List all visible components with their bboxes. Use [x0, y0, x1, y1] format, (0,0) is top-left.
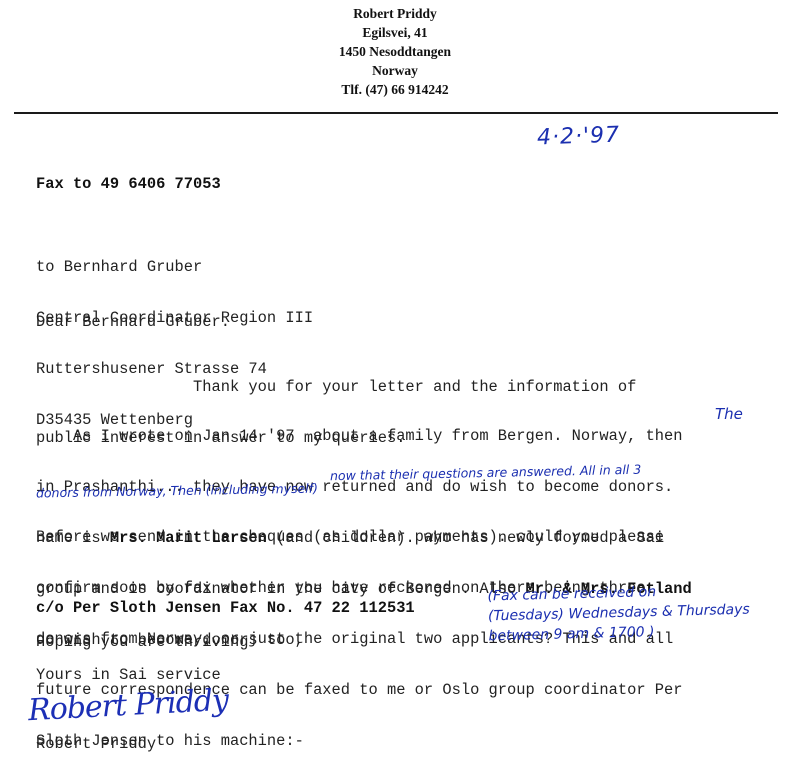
paragraph-line: Before we send in the cheques (as dollar…: [36, 529, 683, 546]
sender-city: 1450 Nesoddtangen: [0, 42, 790, 61]
closing-salutation: Yours in Sai service: [36, 667, 221, 684]
letterhead-divider: [14, 112, 778, 114]
sender-street: Egilsvei, 41: [0, 23, 790, 42]
letterhead: Robert Priddy Egilsvei, 41 1450 Nesoddta…: [0, 4, 790, 99]
handwritten-correction: The: [715, 405, 743, 423]
sender-name: Robert Priddy: [0, 4, 790, 23]
handwritten-fax-note: (Fax can be received on (Tuesdays) Wedne…: [487, 580, 750, 647]
sender-phone: Tlf. (47) 66 914242: [0, 80, 790, 99]
care-of-fax-line: c/o Per Sloth Jensen Fax No. 47 22 11253…: [36, 600, 415, 617]
handwritten-date: 4·2·'97: [537, 123, 621, 151]
recipient-line: to Bernhard Gruber: [36, 259, 313, 276]
closing-wish: Hoping you are thriving: [36, 634, 248, 651]
greeting: Dear Bernhard Gruber.: [36, 314, 230, 331]
paragraph-line: As I wrote on Jan 14 '97 about a family …: [36, 428, 692, 445]
fax-number-line: Fax to 49 6406 77053: [36, 176, 221, 193]
sender-country: Norway: [0, 61, 790, 80]
signed-name: Robert Priddy: [36, 736, 156, 753]
